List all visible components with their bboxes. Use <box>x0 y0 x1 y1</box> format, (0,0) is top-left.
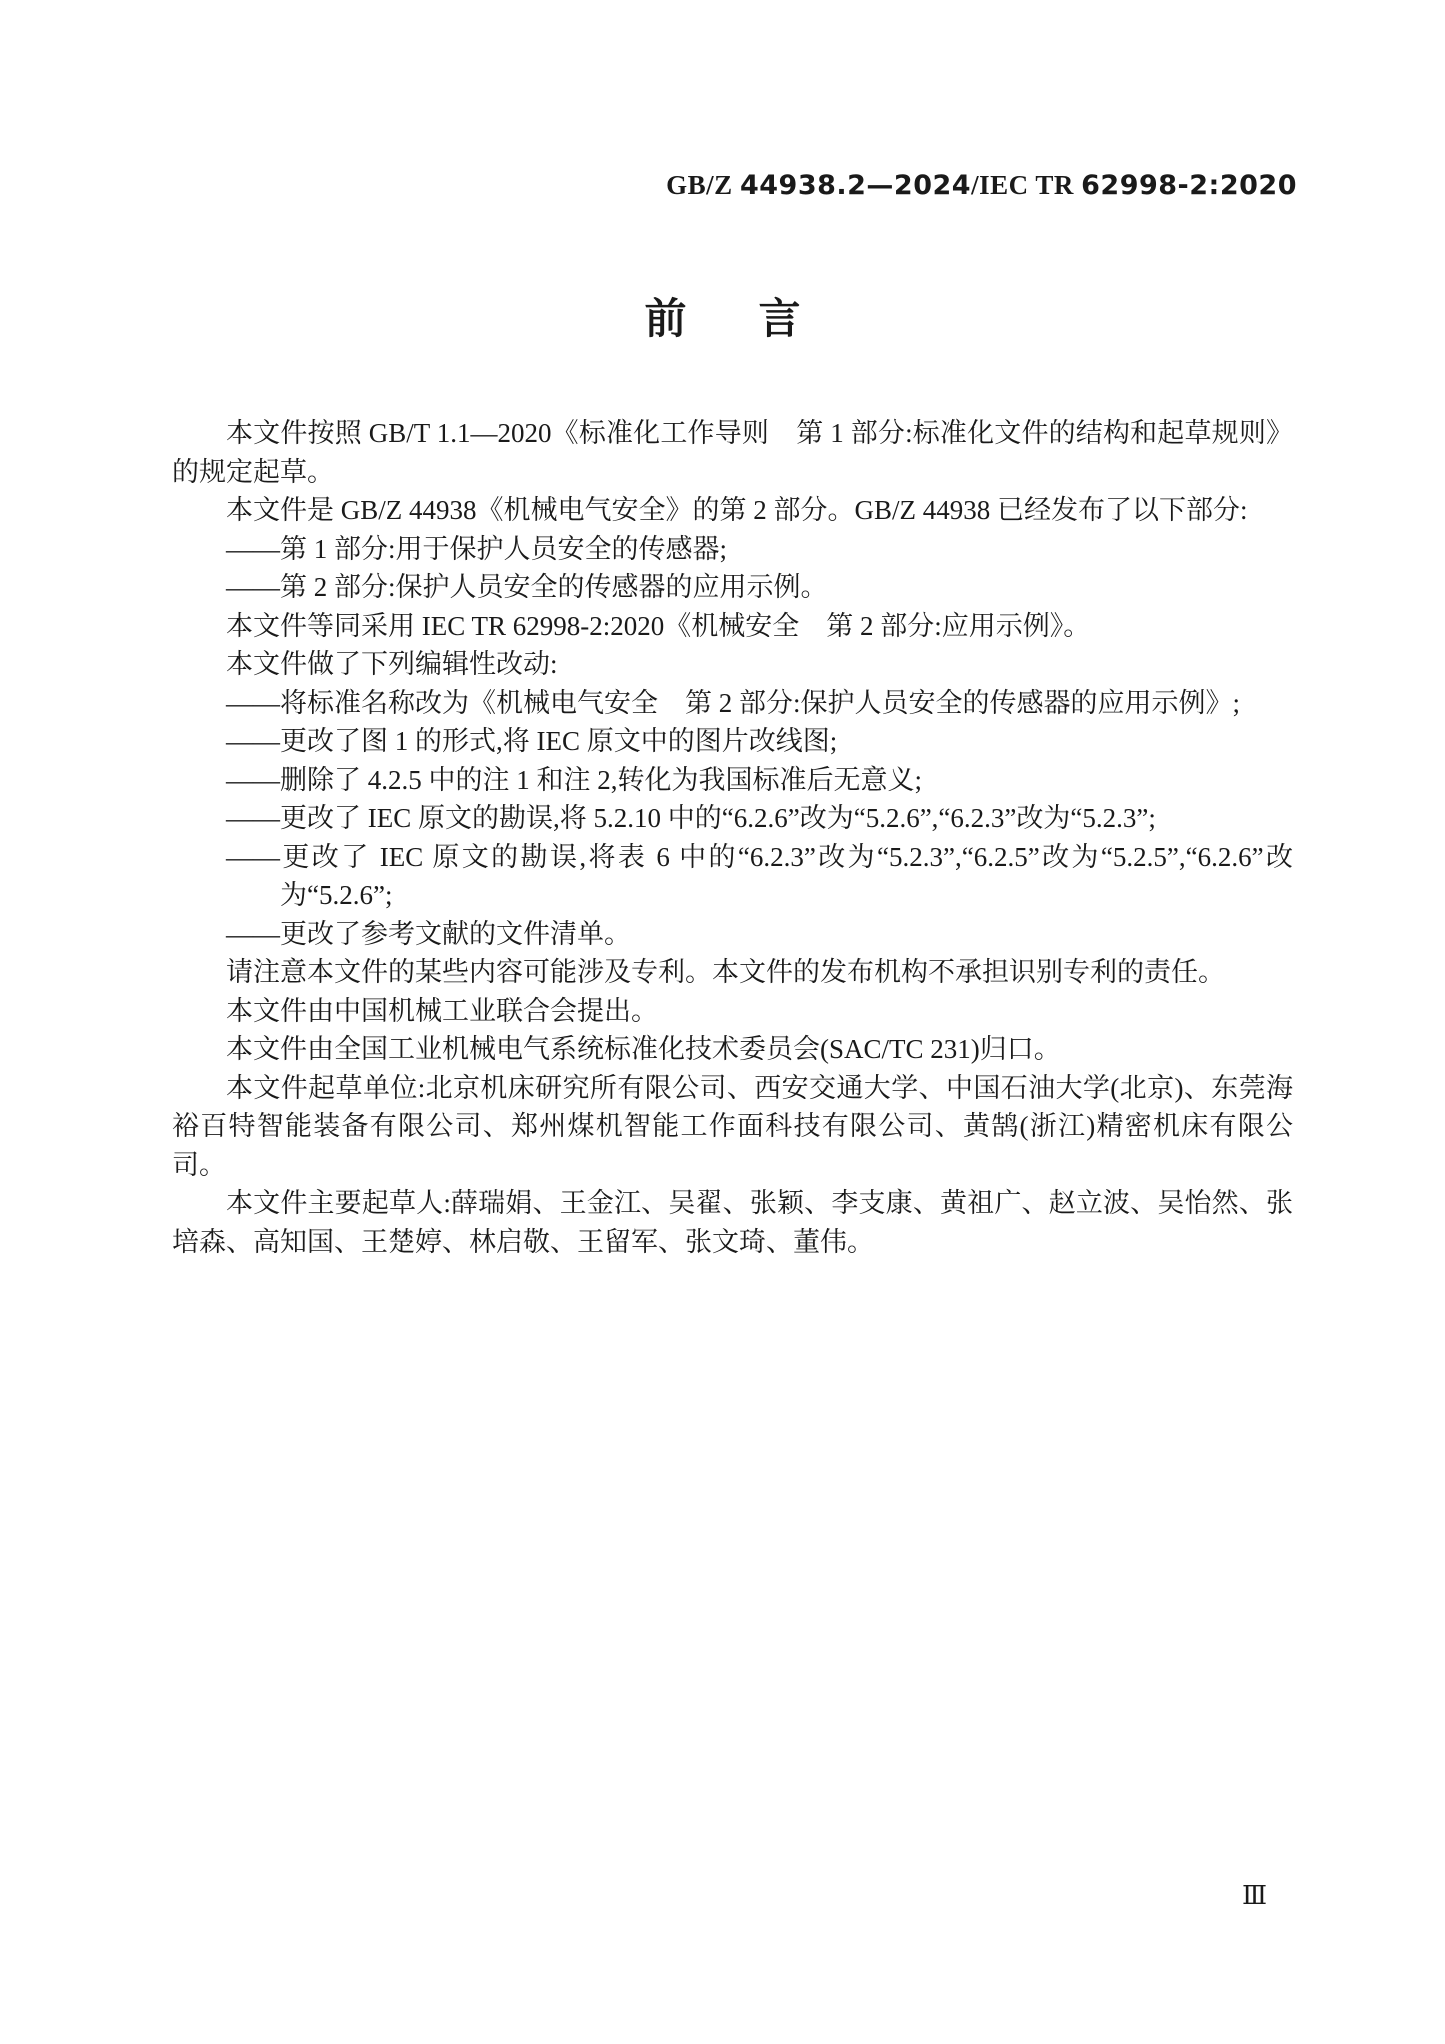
doc-number-std-prefix: GB/Z <box>666 170 740 200</box>
paragraph: ——更改了 IEC 原文的勘误,将表 6 中的“6.2.3”改为“5.2.3”,… <box>172 838 1293 915</box>
page-title: 前 言 <box>0 296 1445 342</box>
paragraph: ——将标准名称改为《机械电气安全 第 2 部分:保护人员安全的传感器的应用示例》… <box>172 684 1293 723</box>
paragraph: ——更改了参考文献的文件清单。 <box>172 915 1293 954</box>
doc-number-iec-prefix: /IEC TR <box>971 170 1081 200</box>
paragraph: 本文件由中国机械工业联合会提出。 <box>172 992 1293 1031</box>
paragraph: 本文件等同采用 IEC TR 62998-2:2020《机械安全 第 2 部分:… <box>172 607 1293 646</box>
paragraph: ——删除了 4.2.5 中的注 1 和注 2,转化为我国标准后无意义; <box>172 761 1293 800</box>
foreword-body: 本文件按照 GB/T 1.1—2020《标准化工作导则 第 1 部分:标准化文件… <box>172 414 1293 1261</box>
paragraph: ——更改了 IEC 原文的勘误,将 5.2.10 中的“6.2.6”改为“5.2… <box>172 799 1293 838</box>
page-title-char-2: 言 <box>759 296 801 342</box>
paragraph: 本文件做了下列编辑性改动: <box>172 645 1293 684</box>
paragraph: ——第 2 部分:保护人员安全的传感器的应用示例。 <box>172 568 1293 607</box>
paragraph: 本文件是 GB/Z 44938《机械电气安全》的第 2 部分。GB/Z 4493… <box>172 491 1293 530</box>
paragraph: 本文件起草单位:北京机床研究所有限公司、西安交通大学、中国石油大学(北京)、东莞… <box>172 1069 1293 1185</box>
paragraph: ——第 1 部分:用于保护人员安全的传感器; <box>172 530 1293 569</box>
paragraph: 本文件由全国工业机械电气系统标准化技术委员会(SAC/TC 231)归口。 <box>172 1030 1293 1069</box>
page-title-char-1: 前 <box>644 296 686 342</box>
document-page: GB/Z 44938.2—2024/IEC TR 62998-2:2020 前 … <box>0 0 1445 2044</box>
page-number: Ⅲ <box>1242 1882 1267 1910</box>
document-number: GB/Z 44938.2—2024/IEC TR 62998-2:2020 <box>172 170 1297 201</box>
paragraph: ——更改了图 1 的形式,将 IEC 原文中的图片改线图; <box>172 722 1293 761</box>
paragraph: 本文件主要起草人:薛瑞娟、王金江、吴翟、张颖、李支康、黄祖广、赵立波、吴怡然、张… <box>172 1184 1293 1261</box>
paragraph: 本文件按照 GB/T 1.1—2020《标准化工作导则 第 1 部分:标准化文件… <box>172 414 1293 491</box>
paragraph: 请注意本文件的某些内容可能涉及专利。本文件的发布机构不承担识别专利的责任。 <box>172 953 1293 992</box>
doc-number-iec-digits: 62998-2:2020 <box>1081 170 1297 201</box>
doc-number-std-digits: 44938.2—2024 <box>740 170 971 201</box>
